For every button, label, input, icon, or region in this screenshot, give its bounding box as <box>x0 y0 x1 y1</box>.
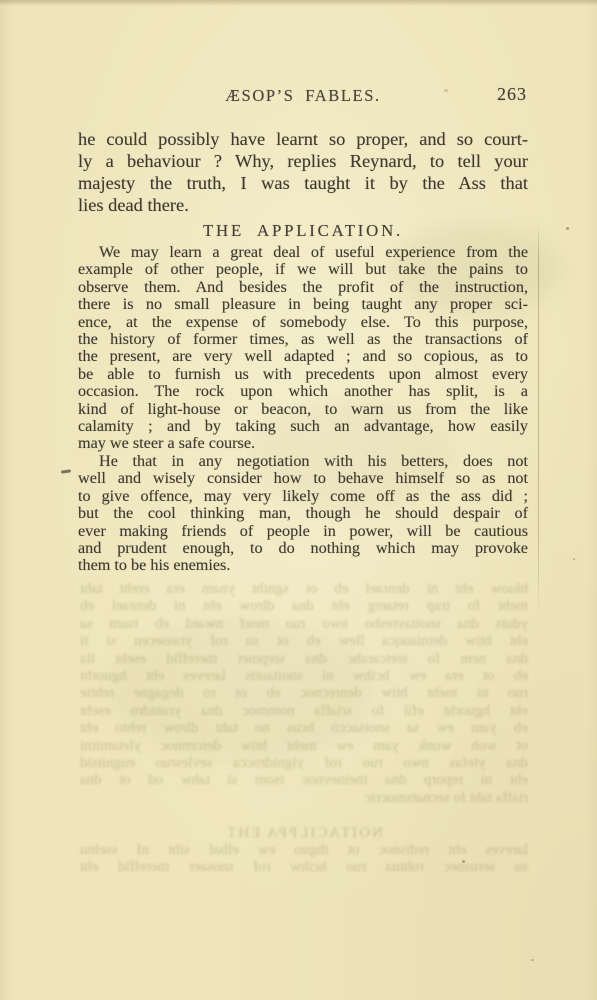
text-line: ence, at the expense of somebody else. T… <box>78 314 528 331</box>
paper-speck <box>61 469 71 473</box>
text-line: calamity ; and by taking such an advanta… <box>78 418 528 435</box>
text-line: the present, are very well adapted ; and… <box>78 348 528 365</box>
show-through-line <box>80 807 528 824</box>
text-line: but the cool thinking man, though he sho… <box>78 505 528 522</box>
text-line: and prudent enough, to do nothing which … <box>78 540 528 557</box>
text-line: observe them. And besides the profit of … <box>78 279 528 296</box>
show-through-line: eht hguorht efil fo sriaffa nommoc dna y… <box>80 703 528 720</box>
text-line: majesty the truth, I was taught it by th… <box>78 172 528 194</box>
text-line: We may learn a great deal of useful expe… <box>78 244 528 261</box>
show-through-line: su serusnec rohtua ruo hcihw rof snosaer… <box>80 859 528 876</box>
show-through-line: meht fo trap retaerg eht dna dlrow eht n… <box>80 598 528 615</box>
intro-paragraph: he could possibly have learnt so proper,… <box>78 128 528 216</box>
page-number: 263 <box>497 84 527 105</box>
show-through-line: NOITACILPPA EHT <box>80 825 528 842</box>
book-page: ÆSOP’S FABLES. 263 he could possibly hav… <box>0 0 597 1000</box>
show-through-line: dna nem fo sretcarahc dna srepmet tneref… <box>80 651 528 668</box>
show-through-line: eb ot era ew hcihw ni snoitautis lareves… <box>80 668 528 685</box>
running-header: ÆSOP’S FABLES. 263 <box>78 86 528 112</box>
text-line: well and wisely consider how to behave h… <box>78 470 528 487</box>
text-line: He that in any negotiation with his bett… <box>78 453 528 470</box>
show-through-line: eb yam ew sa snoisacco hcus no taht dlro… <box>80 720 528 737</box>
text-line: to give offence, may very likely come of… <box>78 488 528 505</box>
paragraph: We may learn a great deal of useful expe… <box>78 244 528 453</box>
text-line: kind of light-house or beacon, to warn u… <box>78 401 528 418</box>
show-through-line: ruo ni meht htiw denrecnoc eb ot ro dega… <box>80 685 528 702</box>
show-through-line: ot woh wonk yam ew meht htiw detcennoc y… <box>80 738 528 755</box>
paper-speck <box>462 860 465 863</box>
paper-speck <box>566 227 569 230</box>
text-line: occasion. The rock upon which another ha… <box>78 383 528 400</box>
show-through-line: eht ni reporp dna tneinevnoc tsom si tah… <box>80 772 528 789</box>
paper-speck <box>573 558 575 560</box>
section-heading: THE APPLICATION. <box>78 221 528 241</box>
application-text: We may learn a great deal of useful expe… <box>78 244 528 575</box>
show-through-line: yduts dna snoitavresbo nwo ruo morf nwar… <box>80 616 528 633</box>
book-title: ÆSOP’S FABLES. <box>78 86 528 106</box>
show-through-line: bluow eht ni denrael eb ot sgniht ynam e… <box>80 581 528 598</box>
text-line: lies dead there. <box>78 194 528 216</box>
show-through-line: riaffa taht fo secnatsmucric <box>80 790 528 807</box>
show-through-line: lareves eht redisnoc ot thguo ew elbaf s… <box>80 842 528 859</box>
show-through-line: dna ytefas nwo ruo rof ylgnidrocca sevle… <box>80 755 528 772</box>
text-line: may we steer a safe course. <box>78 435 528 452</box>
paper-stain <box>110 620 370 760</box>
text-line: ever making friends of people in power, … <box>78 523 528 540</box>
paragraph: He that in any negotiation with his bett… <box>78 453 528 575</box>
text-line: example of other people, if we will but … <box>78 261 528 278</box>
text-line: them to be his enemies. <box>78 557 528 574</box>
text-line: ly a behaviour ? Why, replies Reynard, t… <box>78 150 528 172</box>
text-line: the history of former times, as well as … <box>78 331 528 348</box>
show-through-line: eht htiw detniauqca llew eb ot su rof yr… <box>80 633 528 650</box>
paper-speck <box>531 959 534 961</box>
show-through-text: bluow eht ni denrael eb ot sgniht ynam e… <box>80 581 528 877</box>
text-line: there is no small pleasure in being taug… <box>78 296 528 313</box>
page-crease-line <box>538 224 539 619</box>
text-line: he could possibly have learnt so proper,… <box>78 128 528 150</box>
text-line: be able to furnish us with precedents up… <box>78 366 528 383</box>
